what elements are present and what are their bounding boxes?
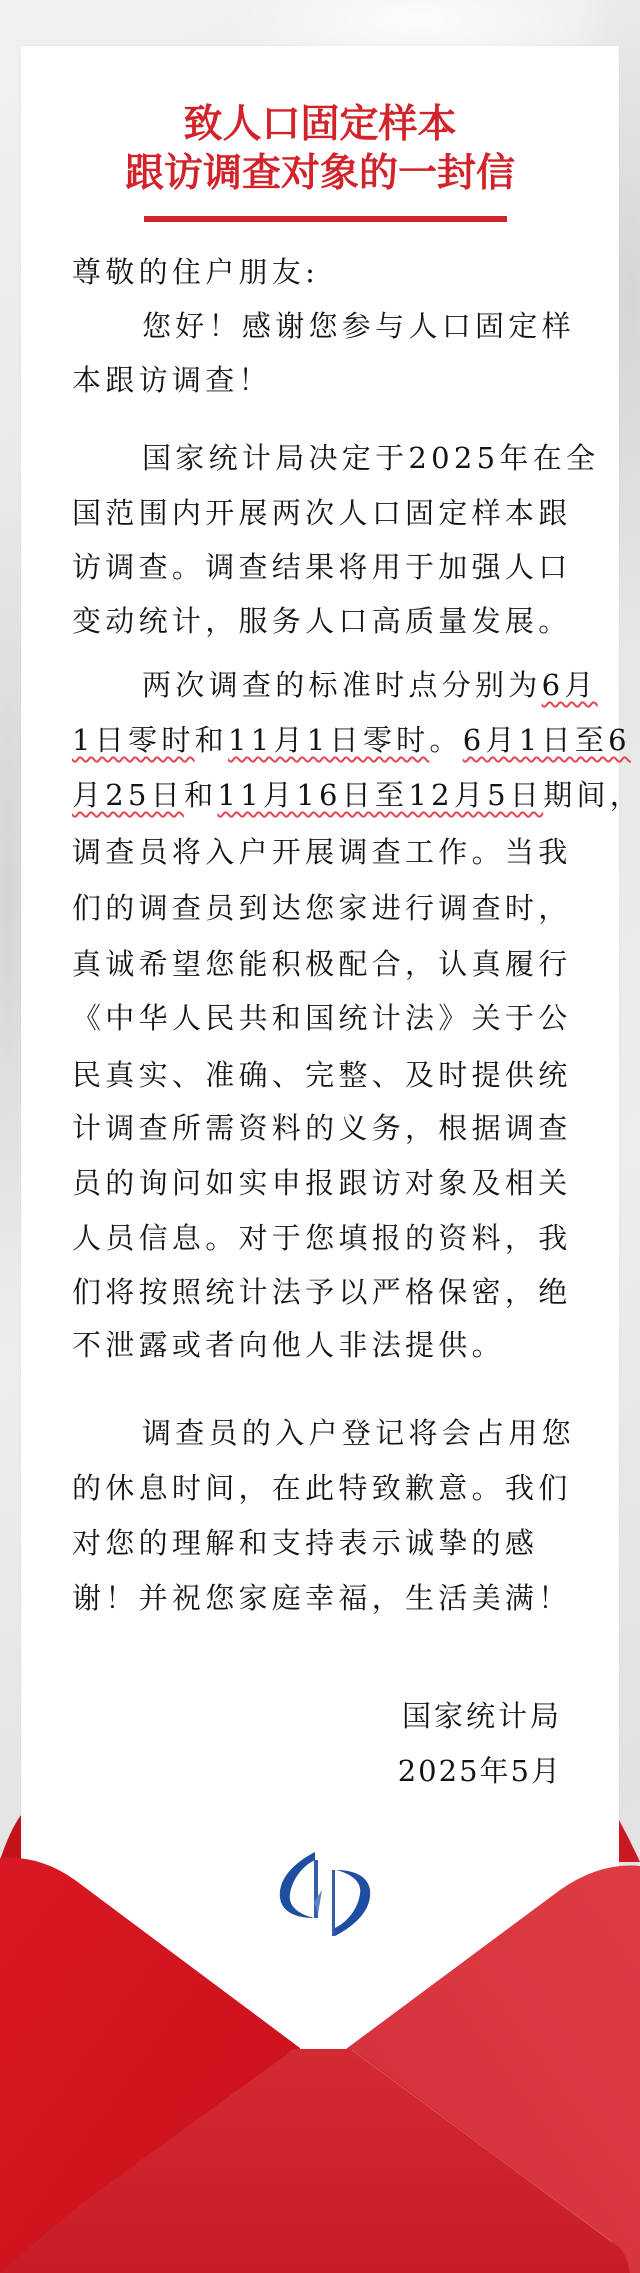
text-segment: 期间，: [543, 778, 640, 812]
highlighted-date: 6月1日至6: [463, 723, 631, 757]
letter-line: 访调查。调查结果将用于加强人口: [72, 549, 572, 585]
letter-line: 国范围内开展两次人口固定样本跟: [72, 495, 572, 531]
letter-line: 变动统计，服务人口高质量发展。: [72, 603, 572, 639]
text-segment: 本跟访调查！: [72, 363, 272, 397]
letter-line: 不泄露或者向他人非法提供。: [72, 1327, 572, 1363]
text-segment: 谢！并祝您家庭幸福，生活美满！: [72, 1581, 572, 1615]
text-segment: 调查员的入户登记将会占用您: [142, 1416, 575, 1450]
text-segment: 对您的理解和支持表示诚挚的感: [72, 1526, 538, 1560]
letter-line: 对您的理解和支持表示诚挚的感: [72, 1525, 572, 1561]
letter-line: 真诚希望您能积极配合，认真履行: [72, 946, 572, 982]
signature: 国家统计局: [402, 1698, 562, 1734]
letter-line: 您好！感谢您参与人口固定样: [142, 308, 640, 344]
letter-line: 1日零时和11月1日零时。6月1日至6: [72, 722, 572, 758]
date: 2025年5月: [398, 1753, 562, 1789]
letter-line: 的休息时间，在此特致歉意。我们: [72, 1470, 572, 1506]
highlighted-date: 6月: [542, 668, 598, 702]
letter-line: 们的调查员到达您家进行调查时，: [72, 890, 572, 926]
text-segment: 员的询问如实申报跟访对象及相关: [72, 1166, 572, 1200]
letter-line: 们将按照统计法予以严格保密，绝: [72, 1274, 572, 1310]
text-segment: 不泄露或者向他人非法提供。: [72, 1328, 505, 1362]
text-segment: 国家统计局决定于2025年在全: [142, 441, 599, 475]
letter-line: 两次调查的标准时点分别为6月: [142, 667, 640, 703]
letter-line: 《中华人民共和国统计法》关于公: [72, 1000, 572, 1036]
text-segment: 民真实、准确、完整、及时提供统: [72, 1058, 572, 1092]
highlighted-date: 11月16日至12月5日: [217, 778, 543, 812]
text-segment: 两次调查的标准时点分别为: [142, 668, 542, 702]
text-segment: 们的调查员到达您家进行调查时，: [72, 891, 572, 925]
text-segment: 们将按照统计法予以严格保密，绝: [72, 1275, 572, 1309]
letter-line: 国家统计局决定于2025年在全: [142, 440, 640, 476]
text-segment: 人员信息。对于您填报的资料，我: [72, 1221, 572, 1255]
text-segment: 国范围内开展两次人口固定样本跟: [72, 496, 572, 530]
letter-line: 谢！并祝您家庭幸福，生活美满！: [72, 1580, 572, 1616]
highlighted-date: 月25日: [72, 778, 184, 812]
text-segment: 和: [195, 723, 228, 757]
text-segment: 计调查所需资料的义务，根据调查: [72, 1111, 572, 1145]
highlighted-date: 11月1日零时: [228, 723, 429, 757]
title-line-2: 跟访调查对象的一封信: [0, 150, 640, 198]
letter-line: 计调查所需资料的义务，根据调查: [72, 1110, 572, 1146]
text-segment: 访调查。调查结果将用于加强人口: [72, 550, 572, 584]
text-segment: 调查员将入户开展调查工作。当我: [72, 835, 572, 869]
title-divider: [144, 216, 507, 222]
letter-line: 调查员将入户开展调查工作。当我: [72, 834, 572, 870]
letter-line: 本跟访调查！: [72, 362, 572, 398]
letter-line: 民真实、准确、完整、及时提供统: [72, 1057, 572, 1093]
letter-line: 调查员的入户登记将会占用您: [142, 1415, 640, 1451]
text-segment: 。: [429, 723, 462, 757]
nbs-logo-icon: [278, 1852, 372, 1936]
salutation: 尊敬的住户朋友:: [72, 254, 572, 290]
text-segment: 您好！感谢您参与人口固定样: [142, 309, 575, 343]
letter-line: 人员信息。对于您填报的资料，我: [72, 1220, 572, 1256]
text-segment: 《中华人民共和国统计法》关于公: [72, 1001, 572, 1035]
text-segment: 和: [184, 778, 217, 812]
letter-line: 员的询问如实申报跟访对象及相关: [72, 1165, 572, 1201]
highlighted-date: 1日零时: [72, 723, 195, 757]
letter-line: 月25日和11月16日至12月5日期间，: [72, 777, 572, 813]
title-line-1: 致人口固定样本: [0, 101, 640, 149]
text-segment: 的休息时间，在此特致歉意。我们: [72, 1471, 572, 1505]
text-segment: 变动统计，服务人口高质量发展。: [72, 604, 572, 638]
text-segment: 真诚希望您能积极配合，认真履行: [72, 947, 572, 981]
